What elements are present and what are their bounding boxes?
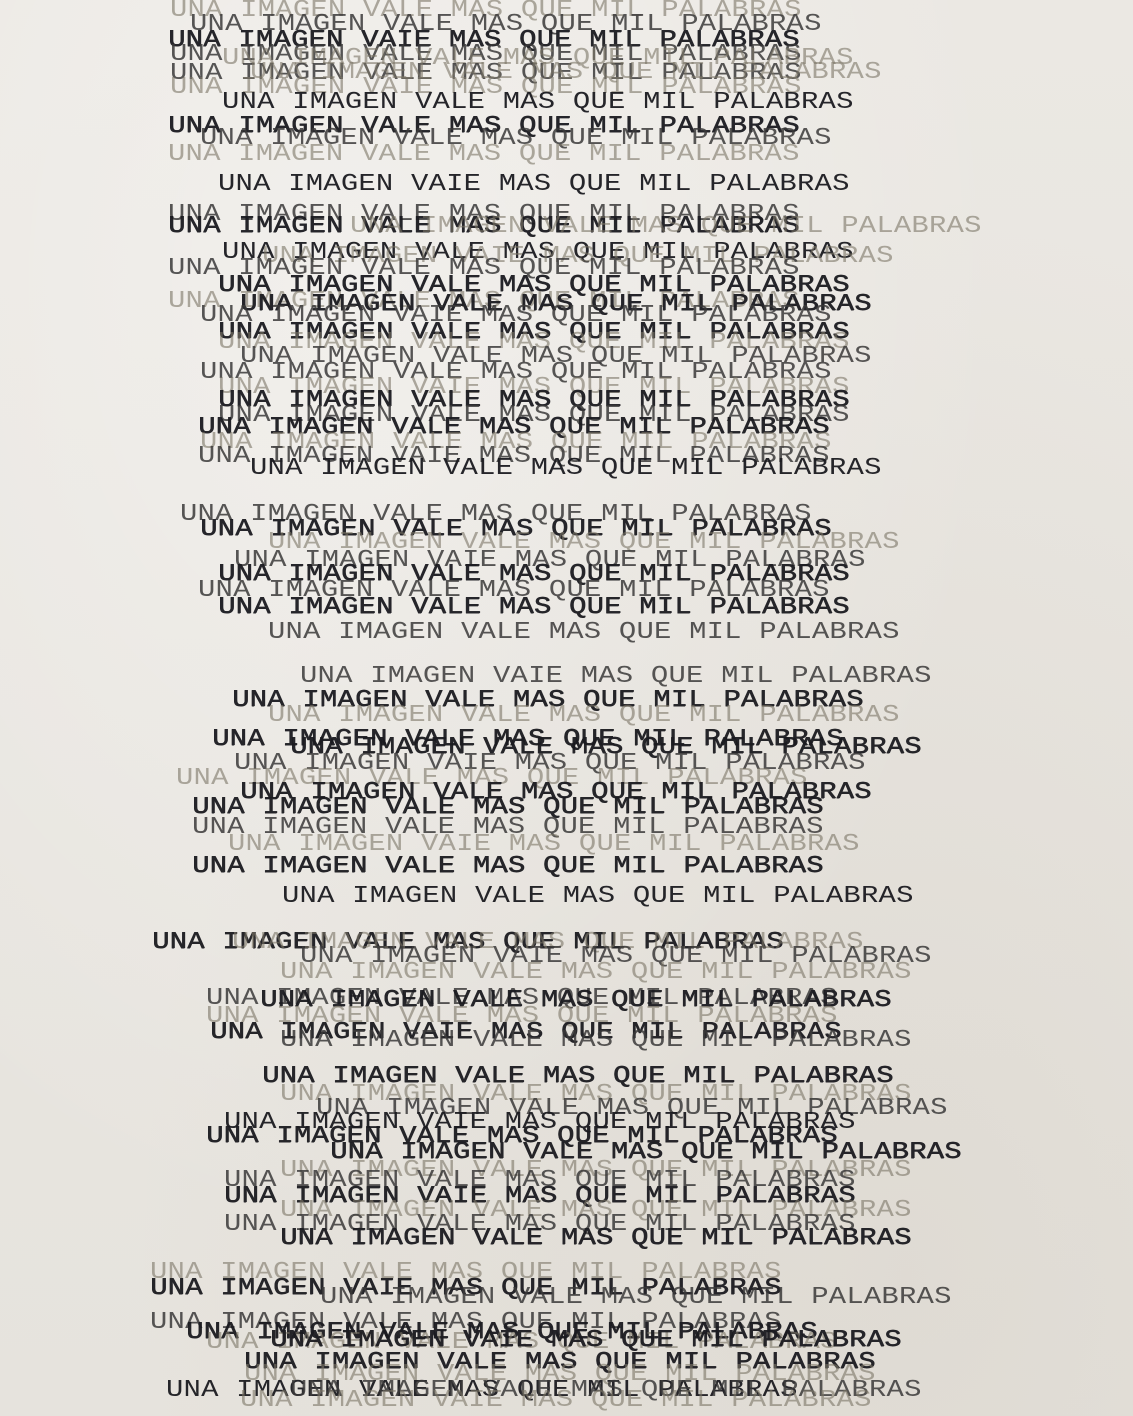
- typewritten-poem: UNA IMAGEN VALE MAS QUE MIL PALABRASUNA …: [0, 0, 1133, 1416]
- typed-line: UNA IMAGEN VALE MAS QUE MIL PALABRAS: [280, 960, 912, 984]
- typed-line: UNA IMAGEN VAIE MAS QUE MIL PALABRAS: [240, 1388, 872, 1412]
- typed-line: UNA IMAGEN VALE MAS QUE MIL PALABRAS: [350, 214, 982, 238]
- typed-line: UNA IMAGEN VALE MAS QUE MIL PALABRAS: [280, 1226, 912, 1250]
- typed-line: UNA IMAGEN VALE MAS QUE MIL PALABRAS: [168, 142, 800, 166]
- typed-line: UNA IMAGEN VALE MAS QUE MIL PALABRAS: [250, 456, 882, 480]
- typed-line: UNA IMAGEN VALE MAS QUE MIL PALABRAS: [268, 620, 900, 644]
- typed-line: UNA IMAGEN VALE MAS QUE MIL PALABRAS: [192, 854, 824, 878]
- typed-line: UNA IMAGEN VALE MAS QUE MIL PALABRAS: [282, 884, 914, 908]
- typed-line: UNA IMAGEN VALE MAS QUE MIL PALABRAS: [218, 595, 850, 619]
- typed-line: UNA IMAGEN VALE MAS QUE MIL PALABRAS: [280, 1028, 912, 1052]
- typed-line: UNA IMAGEN VAIE MAS QUE MIL PALABRAS: [218, 172, 850, 196]
- typed-line: UNA IMAGEN VALE MAS QUE MIL PALABRAS: [320, 1285, 952, 1309]
